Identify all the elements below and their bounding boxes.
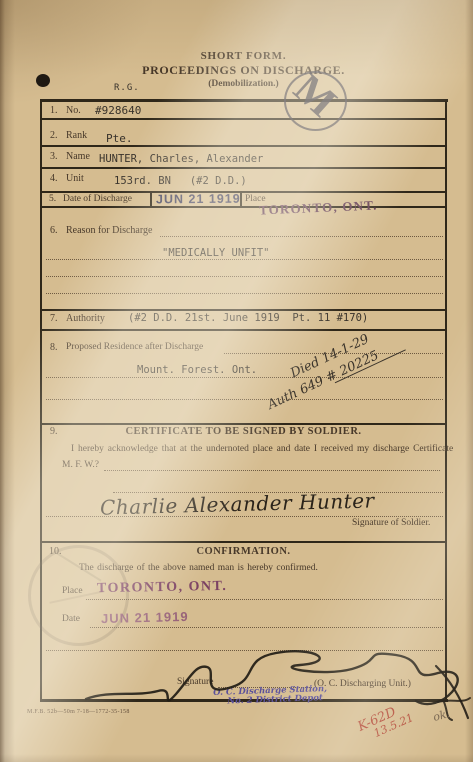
row5-label: Date of Discharge — [63, 195, 132, 205]
row1-label: No. — [66, 106, 81, 116]
section7-value: (#2 D.D. 21st. June 1919 Pt. 11 #170) — [128, 313, 368, 324]
row3-label: Name — [66, 152, 90, 162]
section6-number: 6. — [50, 226, 58, 236]
row3-value: HUNTER, Charles, Alexander — [99, 154, 263, 165]
section6-border — [40, 309, 447, 311]
discharge-place-stamp: TORONTO, ONT. — [259, 198, 378, 216]
section7-label: Authority — [66, 314, 105, 324]
table-border-right — [445, 99, 447, 701]
row-line-5 — [40, 206, 447, 208]
section7-border — [40, 329, 447, 331]
section9-form-ref: M. F. W.? — [62, 461, 99, 471]
row3-number: 3. — [50, 152, 58, 162]
section8-label: Proposed Residence after Discharge — [66, 343, 203, 353]
row2-number: 2. — [50, 131, 58, 141]
row-line-2 — [42, 145, 445, 147]
discharge-form-page: R.G. SHORT FORM. PROCEEDINGS ON DISCHARG… — [0, 0, 473, 762]
section6-value: "MEDICALLY UNFIT" — [162, 248, 269, 259]
row1-number: 1. — [50, 106, 58, 116]
row5-number: 5. — [49, 195, 56, 205]
section9-dotline-1 — [104, 470, 440, 471]
form-title-line1: SHORT FORM. — [40, 51, 447, 62]
soldier-signature: Charlie Alexander Hunter — [100, 490, 375, 517]
section10-place-label: Place — [62, 587, 83, 597]
confirmation-date-stamp: JUN 21 1919 — [101, 610, 189, 625]
circled-m-stamp-icon: M — [284, 71, 347, 131]
row4-value: 153rd. BN (#2 D.D.) — [114, 176, 247, 187]
row4-number: 4. — [50, 174, 58, 184]
row-line-3 — [42, 167, 445, 169]
section6-label: Reason for Discharge — [66, 226, 152, 236]
section6-dotline-2 — [46, 276, 443, 277]
section9-body: I hereby acknowledge that at the underno… — [71, 445, 453, 455]
section9-signature-caption: Signature of Soldier. — [352, 519, 430, 529]
section10-body: The discharge of the above named man is … — [79, 564, 318, 574]
hole-punch — [36, 74, 50, 87]
row-line-1 — [42, 118, 445, 120]
row4-label: Unit — [66, 174, 84, 184]
row-line-4 — [42, 191, 445, 193]
section9-border — [40, 541, 447, 543]
row2-value: Pte. — [106, 133, 133, 144]
row1-value: #928640 — [95, 105, 141, 116]
section6-label-dots — [160, 236, 443, 237]
section6-dotline-3 — [46, 293, 443, 294]
form-title-line2: PROCEEDINGS ON DISCHARGE. — [40, 64, 447, 76]
section10-date-label: Date — [62, 615, 80, 625]
section8-dotline-2 — [46, 399, 443, 400]
section10-place-dotline — [86, 599, 443, 600]
discharge-date-stamp: JUN 21 1919 — [156, 193, 241, 206]
confirmation-place-stamp: TORONTO, ONT. — [97, 580, 228, 596]
form-title-line3: (Demobilization.) — [40, 80, 447, 90]
section7-number: 7. — [50, 314, 58, 324]
section8-number: 8. — [50, 343, 58, 353]
section10-number: 10. — [49, 547, 62, 557]
section9-heading: CERTIFICATE TO BE SIGNED BY SOLDIER. — [40, 427, 447, 438]
section8-dotline-1 — [46, 377, 443, 378]
confirming-officer-signature — [0, 638, 473, 762]
row2-label: Rank — [66, 131, 87, 141]
section10-date-dotline — [90, 627, 443, 628]
table-border-top — [40, 99, 448, 102]
section8-value: Mount. Forest. Ont. — [137, 365, 257, 376]
row5-divider-1 — [150, 191, 152, 207]
section6-dotline-1 — [46, 259, 443, 260]
